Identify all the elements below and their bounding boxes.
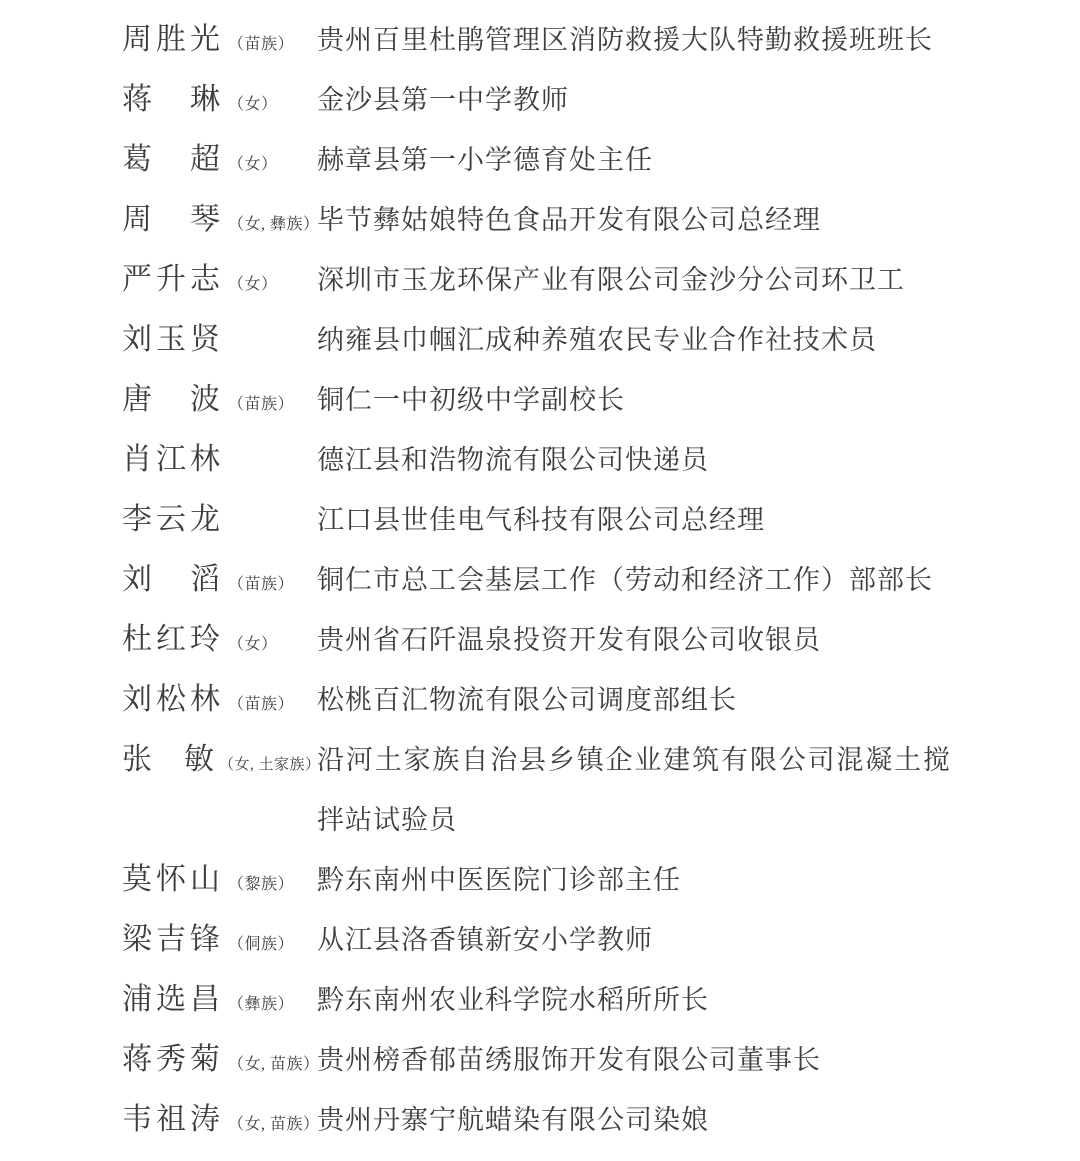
name-and-attribute: 周 琴（女, 彝族） <box>122 190 320 255</box>
person-title: 贵州丹寨宁航蜡染有限公司染娘 <box>317 1090 951 1150</box>
list-item: 严升志（女） 深圳市玉龙环保产业有限公司金沙分公司环卫工 <box>0 250 1080 310</box>
name-and-attribute: 李云龙 <box>122 490 228 555</box>
person-title: 黔东南州中医医院门诊部主任 <box>317 850 951 910</box>
name-and-attribute: 韦祖涛（女, 苗族） <box>122 1090 320 1155</box>
person-title-line: 德江县和浩物流有限公司快递员 <box>317 430 951 490</box>
person-attribute: （苗族） <box>228 696 294 713</box>
list-item: 刘松林（苗族） 松桃百汇物流有限公司调度部组长 <box>0 670 1080 730</box>
person-title-line: 贵州省石阡温泉投资开发有限公司收银员 <box>317 610 951 670</box>
list-item: 蒋秀菊（女, 苗族） 贵州榜香郁苗绣服饰开发有限公司董事长 <box>0 1030 1080 1090</box>
name-and-attribute: 张 敏（女, 土家族） <box>122 730 321 795</box>
person-name: 周胜光 <box>122 23 224 56</box>
person-name: 蒋秀菊 <box>122 1043 224 1076</box>
name-and-attribute: 蒋 琳（女） <box>122 70 278 135</box>
person-attribute: （女） <box>228 636 278 653</box>
person-title-line: 赫章县第一小学德育处主任 <box>317 130 951 190</box>
honor-roll-list: 周胜光（苗族） 贵州百里杜鹃管理区消防救援大队特勤救援班班长 蒋 琳（女） 金沙… <box>0 10 1080 1150</box>
name-and-attribute: 蒋秀菊（女, 苗族） <box>122 1030 320 1095</box>
list-item: 刘 滔（苗族） 铜仁市总工会基层工作（劳动和经济工作）部部长 <box>0 550 1080 610</box>
person-name: 杜红玲 <box>122 623 224 656</box>
person-title-line: 沿河土家族自治县乡镇企业建筑有限公司混凝土搅 <box>317 730 951 790</box>
person-title: 从江县洛香镇新安小学教师 <box>317 910 951 970</box>
list-item: 周胜光（苗族） 贵州百里杜鹃管理区消防救援大队特勤救援班班长 <box>0 10 1080 70</box>
person-title: 黔东南州农业科学院水稻所所长 <box>317 970 951 1030</box>
person-title: 铜仁市总工会基层工作（劳动和经济工作）部部长 <box>317 550 951 610</box>
list-item: 葛 超（女） 赫章县第一小学德育处主任 <box>0 130 1080 190</box>
person-title-line: 纳雍县巾帼汇成种养殖农民专业合作社技术员 <box>317 310 951 370</box>
name-and-attribute: 刘玉贤 <box>122 310 228 375</box>
person-name: 张 敏 <box>122 743 215 776</box>
person-title-line: 从江县洛香镇新安小学教师 <box>317 910 951 970</box>
person-title-line: 贵州百里杜鹃管理区消防救援大队特勤救援班班长 <box>317 10 951 70</box>
list-item: 刘玉贤 纳雍县巾帼汇成种养殖农民专业合作社技术员 <box>0 310 1080 370</box>
person-title-line: 金沙县第一中学教师 <box>317 70 951 130</box>
person-title: 深圳市玉龙环保产业有限公司金沙分公司环卫工 <box>317 250 951 310</box>
list-item: 杜红玲（女） 贵州省石阡温泉投资开发有限公司收银员 <box>0 610 1080 670</box>
person-title: 沿河土家族自治县乡镇企业建筑有限公司混凝土搅拌站试验员 <box>317 730 951 850</box>
list-item: 莫怀山（黎族） 黔东南州中医医院门诊部主任 <box>0 850 1080 910</box>
person-name: 刘 滔 <box>122 563 224 596</box>
person-name: 严升志 <box>122 263 224 296</box>
list-item: 李云龙 江口县世佳电气科技有限公司总经理 <box>0 490 1080 550</box>
person-attribute: （女, 苗族） <box>228 1056 320 1073</box>
person-title-line: 江口县世佳电气科技有限公司总经理 <box>317 490 951 550</box>
person-title: 铜仁一中初级中学副校长 <box>317 370 951 430</box>
person-name: 唐 波 <box>122 383 224 416</box>
person-name: 肖江林 <box>122 443 224 476</box>
person-title: 赫章县第一小学德育处主任 <box>317 130 951 190</box>
name-and-attribute: 杜红玲（女） <box>122 610 278 675</box>
person-name: 梁吉锋 <box>122 923 224 956</box>
person-title-line: 铜仁市总工会基层工作（劳动和经济工作）部部长 <box>317 550 951 610</box>
list-item: 梁吉锋（侗族） 从江县洛香镇新安小学教师 <box>0 910 1080 970</box>
name-and-attribute: 唐 波（苗族） <box>122 370 294 435</box>
person-title-line: 贵州榜香郁苗绣服饰开发有限公司董事长 <box>317 1030 951 1090</box>
person-title: 纳雍县巾帼汇成种养殖农民专业合作社技术员 <box>317 310 951 370</box>
list-item: 肖江林 德江县和浩物流有限公司快递员 <box>0 430 1080 490</box>
name-and-attribute: 肖江林 <box>122 430 228 495</box>
person-attribute: （黎族） <box>228 876 294 893</box>
person-name: 浦选昌 <box>122 983 224 1016</box>
person-title-line: 贵州丹寨宁航蜡染有限公司染娘 <box>317 1090 951 1150</box>
person-attribute: （苗族） <box>228 576 294 593</box>
list-item: 唐 波（苗族） 铜仁一中初级中学副校长 <box>0 370 1080 430</box>
person-name: 周 琴 <box>122 203 224 236</box>
person-attribute: （女, 彝族） <box>228 216 320 233</box>
list-item: 张 敏（女, 土家族） 沿河土家族自治县乡镇企业建筑有限公司混凝土搅拌站试验员 <box>0 730 1080 850</box>
person-title: 贵州省石阡温泉投资开发有限公司收银员 <box>317 610 951 670</box>
name-and-attribute: 浦选昌（彝族） <box>122 970 294 1035</box>
person-attribute: （女） <box>228 96 278 113</box>
list-item: 周 琴（女, 彝族） 毕节彝姑娘特色食品开发有限公司总经理 <box>0 190 1080 250</box>
person-name: 刘松林 <box>122 683 224 716</box>
person-title: 毕节彝姑娘特色食品开发有限公司总经理 <box>317 190 951 250</box>
person-title: 贵州百里杜鹃管理区消防救援大队特勤救援班班长 <box>317 10 951 70</box>
name-and-attribute: 葛 超（女） <box>122 130 278 195</box>
name-and-attribute: 周胜光（苗族） <box>122 10 294 75</box>
name-and-attribute: 刘 滔（苗族） <box>122 550 294 615</box>
person-name: 韦祖涛 <box>122 1103 224 1136</box>
person-attribute: （女） <box>228 276 278 293</box>
person-attribute: （彝族） <box>228 996 294 1013</box>
person-name: 莫怀山 <box>122 863 224 896</box>
person-title-line: 铜仁一中初级中学副校长 <box>317 370 951 430</box>
person-name: 蒋 琳 <box>122 83 224 116</box>
person-attribute: （侗族） <box>228 936 294 953</box>
person-name: 李云龙 <box>122 503 224 536</box>
person-title-line: 深圳市玉龙环保产业有限公司金沙分公司环卫工 <box>317 250 951 310</box>
person-name: 刘玉贤 <box>122 323 224 356</box>
person-title: 贵州榜香郁苗绣服饰开发有限公司董事长 <box>317 1030 951 1090</box>
document-page: 周胜光（苗族） 贵州百里杜鹃管理区消防救援大队特勤救援班班长 蒋 琳（女） 金沙… <box>0 0 1080 1161</box>
person-title: 松桃百汇物流有限公司调度部组长 <box>317 670 951 730</box>
person-attribute: （苗族） <box>228 396 294 413</box>
person-title-line: 毕节彝姑娘特色食品开发有限公司总经理 <box>317 190 951 250</box>
person-title: 金沙县第一中学教师 <box>317 70 951 130</box>
name-and-attribute: 梁吉锋（侗族） <box>122 910 294 975</box>
person-title: 德江县和浩物流有限公司快递员 <box>317 430 951 490</box>
name-and-attribute: 严升志（女） <box>122 250 278 315</box>
list-item: 韦祖涛（女, 苗族） 贵州丹寨宁航蜡染有限公司染娘 <box>0 1090 1080 1150</box>
person-attribute: （女, 苗族） <box>228 1116 320 1133</box>
name-and-attribute: 莫怀山（黎族） <box>122 850 294 915</box>
person-title-line: 黔东南州中医医院门诊部主任 <box>317 850 951 910</box>
list-item: 浦选昌（彝族） 黔东南州农业科学院水稻所所长 <box>0 970 1080 1030</box>
person-title-line: 松桃百汇物流有限公司调度部组长 <box>317 670 951 730</box>
person-attribute: （女, 土家族） <box>219 757 321 773</box>
person-attribute: （苗族） <box>228 36 294 53</box>
person-attribute: （女） <box>228 156 278 173</box>
person-title-line: 拌站试验员 <box>317 790 951 850</box>
list-item: 蒋 琳（女） 金沙县第一中学教师 <box>0 70 1080 130</box>
person-name: 葛 超 <box>122 143 224 176</box>
person-title: 江口县世佳电气科技有限公司总经理 <box>317 490 951 550</box>
name-and-attribute: 刘松林（苗族） <box>122 670 294 735</box>
person-title-line: 黔东南州农业科学院水稻所所长 <box>317 970 951 1030</box>
